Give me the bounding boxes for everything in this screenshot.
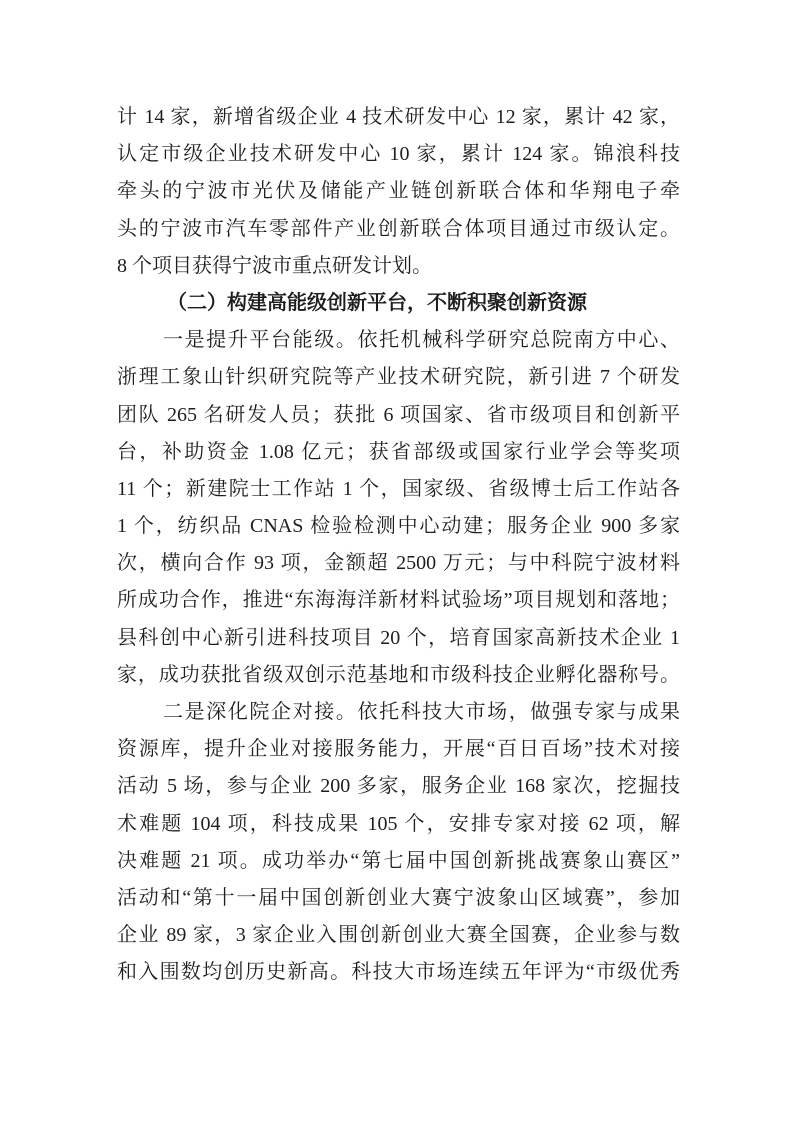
text-line: 台，补助资金 1.08 亿元；获省部级或国家行业学会等奖项: [117, 434, 680, 471]
text-line: 认定市级企业技术研发中心 10 家，累计 124 家。锦浪科技: [117, 136, 680, 173]
paragraph-continuation: 计 14 家，新增省级企业 4 技术研发中心 12 家，累计 42 家， 认定市…: [117, 99, 680, 285]
text-line: 活动和“第十一届中国创新创业大赛宁波象山区域赛”，参加: [117, 880, 680, 917]
paragraph-platform: 一是提升平台能级。依托机械科学研究总院南方中心、 浙理工象山针织研究院等产业技术…: [117, 322, 680, 694]
document-page: 计 14 家，新增省级企业 4 技术研发中心 12 家，累计 42 家， 认定市…: [0, 0, 793, 1122]
text-line: 所成功合作，推进“东海海洋新材料试验场”项目规划和落地；: [117, 582, 680, 619]
section-heading-text: （二）构建高能级创新平台，不断积聚创新资源: [117, 285, 680, 322]
text-line: 11 个；新建院士工作站 1 个，国家级、省级博士后工作站各: [117, 471, 680, 508]
text-line: 资源库，提升企业对接服务能力，开展“百日百场”技术对接: [117, 731, 680, 768]
text-line: 团队 265 名研发人员；获批 6 项国家、省市级项目和创新平: [117, 397, 680, 434]
text-line: 一是提升平台能级。依托机械科学研究总院南方中心、: [117, 322, 680, 359]
text-line: 次，横向合作 93 项，金额超 2500 万元；与中科院宁波材料: [117, 545, 680, 582]
section-heading: （二）构建高能级创新平台，不断积聚创新资源: [117, 285, 680, 322]
text-line: 牵头的宁波市光伏及储能产业链创新联合体和华翔电子牵: [117, 173, 680, 210]
text-line: 县科创中心新引进科技项目 20 个，培育国家高新技术企业 1: [117, 620, 680, 657]
text-line: 1 个，纺织品 CNAS 检验检测中心动建；服务企业 900 多家: [117, 508, 680, 545]
paragraph-docking: 二是深化院企对接。依托科技大市场，做强专家与成果 资源库，提升企业对接服务能力，…: [117, 694, 680, 992]
text-line: 8 个项目获得宁波市重点研发计划。: [117, 248, 680, 285]
text-line: 计 14 家，新增省级企业 4 技术研发中心 12 家，累计 42 家，: [117, 99, 680, 136]
text-line: 家，成功获批省级双创示范基地和市级科技企业孵化器称号。: [117, 657, 680, 694]
text-line: 术难题 104 项，科技成果 105 个，安排专家对接 62 项，解: [117, 806, 680, 843]
text-line: 头的宁波市汽车零部件产业创新联合体项目通过市级认定。: [117, 211, 680, 248]
text-line: 二是深化院企对接。依托科技大市场，做强专家与成果: [117, 694, 680, 731]
text-line: 浙理工象山针织研究院等产业技术研究院，新引进 7 个研发: [117, 359, 680, 396]
text-line: 和入围数均创历史新高。科技大市场连续五年评为“市级优秀: [117, 954, 680, 991]
text-line: 决难题 21 项。成功举办“第七届中国创新挑战赛象山赛区”: [117, 843, 680, 880]
text-line: 企业 89 家，3 家企业入围创新创业大赛全国赛，企业参与数: [117, 917, 680, 954]
document-text-body: 计 14 家，新增省级企业 4 技术研发中心 12 家，累计 42 家， 认定市…: [117, 99, 680, 992]
text-line: 活动 5 场，参与企业 200 多家，服务企业 168 家次，挖掘技: [117, 768, 680, 805]
